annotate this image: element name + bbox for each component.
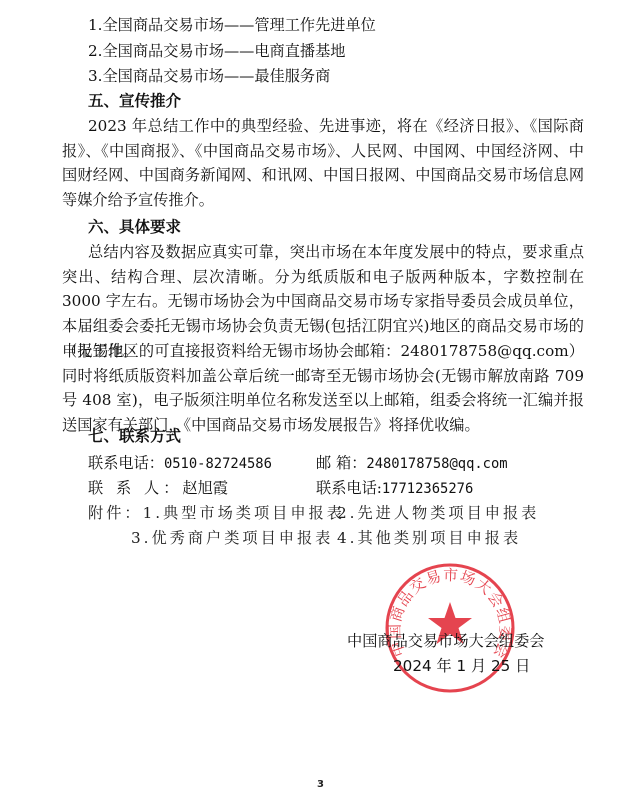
email-label: 邮 箱： — [316, 454, 366, 472]
phone2-label: 联系电话: — [316, 479, 382, 497]
contact-person-row: 联 系 人：赵旭霞 — [88, 478, 228, 498]
attachment-item: 2.先进人物类项目申报表 — [337, 503, 539, 523]
email-value: 2480178758@qq.com — [366, 456, 507, 472]
attachment-item: 4.其他类别项目申报表 — [337, 528, 521, 548]
award-item: 3.全国商品交易市场——最佳服务商 — [88, 66, 330, 86]
contact-person-value: 赵旭霞 — [182, 479, 228, 497]
section-heading-requirements: 六、具体要求 — [88, 217, 181, 237]
document-page: 1.全国商品交易市场——管理工作先进单位 2.全国商品交易市场——电商直播基地 … — [0, 0, 640, 809]
signature-date: 2024 年 1 月 25 日 — [393, 656, 530, 676]
section-heading-contact: 七、联系方式 — [88, 426, 181, 446]
attachment-item: 3.优秀商户类项目申报表 — [131, 528, 333, 548]
attachment-item: 1.典型市场类项目申报表 — [143, 504, 345, 522]
award-item: 2.全国商品交易市场——电商直播基地 — [88, 41, 346, 61]
contact-email-row: 邮 箱：2480178758@qq.com — [316, 453, 508, 473]
page-number: 3 — [317, 779, 324, 790]
submission-paragraph: （无锡地区的可直接报资料给无锡市场协会邮箱：2480178758@qq.com）… — [62, 339, 584, 438]
award-item: 1.全国商品交易市场——管理工作先进单位 — [88, 15, 376, 35]
contact-phone2-row: 联系电话:17712365276 — [316, 478, 473, 498]
publicity-paragraph: 2023 年总结工作中的典型经验、先进事迹，将在《经济日报》、《国际商报》、《中… — [62, 114, 584, 213]
section-heading-publicity: 五、宣传推介 — [88, 91, 181, 111]
phone-value: 0510-82724586 — [164, 456, 272, 472]
signature-organization: 中国商品交易市场大会组委会 — [347, 631, 544, 651]
contact-phone-row: 联系电话：0510-82724586 — [88, 453, 272, 473]
phone2-value: 17712365276 — [382, 481, 473, 497]
phone-label: 联系电话： — [88, 454, 164, 472]
attachments-label: 附件： — [88, 504, 143, 522]
contact-person-label: 联 系 人： — [88, 479, 182, 497]
attachments-row-1: 附件：1.典型市场类项目申报表 — [88, 503, 345, 523]
